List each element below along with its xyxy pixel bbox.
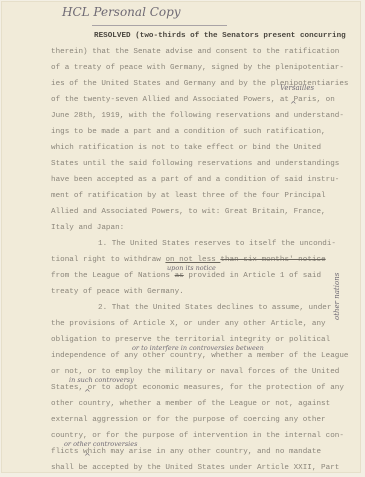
text-line: external aggression or for the purpose o… xyxy=(51,416,326,424)
resolved-word: RESOLVED (two-thirds of the Senators pre… xyxy=(94,32,346,40)
text-line: country, or for the purpose of intervent… xyxy=(51,432,344,440)
text-line: the provisions of Article X, or under an… xyxy=(51,320,326,328)
text-span: from the League of Nations xyxy=(51,272,175,280)
text-line: have been accepted as a part of and a co… xyxy=(51,176,339,184)
annotation-country-insert: or to interfere in controversies between xyxy=(132,344,264,352)
text-line: treaty of peace with Germany. xyxy=(51,288,184,296)
annotation-states-insert: in such controversy xyxy=(69,376,134,384)
text-line: of a treaty of peace with Germany, signe… xyxy=(51,64,344,72)
caret-mark: ^ xyxy=(84,452,91,461)
text-line: flicts which may arise in any other coun… xyxy=(51,448,321,456)
text-line: therein) that the Senate advise and cons… xyxy=(51,48,339,56)
text-line: other country, whether a member of the L… xyxy=(51,400,330,408)
text-line: States until the said following reservat… xyxy=(51,160,339,168)
annotation-withdraw-insert: upon its notice xyxy=(167,264,216,272)
caret-mark: ^ xyxy=(290,100,297,109)
reservation-2-line: 2. That the United States declines to as… xyxy=(98,304,331,312)
text-line: or not, or to employ the military or nav… xyxy=(51,368,339,376)
reservation-1-line: 1. The United States reserves to itself … xyxy=(98,240,336,248)
text-line: obligation to preserve the territorial i… xyxy=(51,336,330,344)
text-line: ings to be made a part and a condition o… xyxy=(51,128,326,136)
annotation-flicts-insert: or other controversies xyxy=(64,440,137,448)
underlined-text: on not less xyxy=(165,256,220,264)
annotation-paris-replacement: Versailles xyxy=(280,84,314,92)
document-page: HCL Personal Copy RESOLVED (two-thirds o… xyxy=(2,2,360,472)
text-line: independence of any other country, wheth… xyxy=(51,352,349,360)
text-line: States, or to adopt economic measures, f… xyxy=(51,384,344,392)
caret-mark: ^ xyxy=(84,388,91,397)
text-line: from the League of Nations as provided i… xyxy=(51,272,321,280)
text-line: June 28th, 1919, with the following rese… xyxy=(51,112,344,120)
margin-note-vertical: other nations xyxy=(333,273,341,320)
text-line: which ratification is not to take effect… xyxy=(51,144,321,152)
text-line: ment of ratification by at least three o… xyxy=(51,192,326,200)
struck-text: than six months' notice xyxy=(220,256,325,264)
text-line: shall be accepted by the United States u… xyxy=(51,464,339,472)
text-line: Allied and Associated Powers, to wit: Gr… xyxy=(51,208,326,216)
header-underline xyxy=(92,25,227,26)
handwritten-header: HCL Personal Copy xyxy=(62,5,181,19)
struck-text: as xyxy=(175,272,184,280)
text-span: provided in Article 1 of said xyxy=(184,272,321,280)
text-span: tional right to withdraw xyxy=(51,256,165,264)
text-line: RESOLVED (two-thirds of the Senators pre… xyxy=(94,32,346,40)
text-line: Italy and Japan: xyxy=(51,224,124,232)
text-line: tional right to withdraw on not less tha… xyxy=(51,256,326,264)
